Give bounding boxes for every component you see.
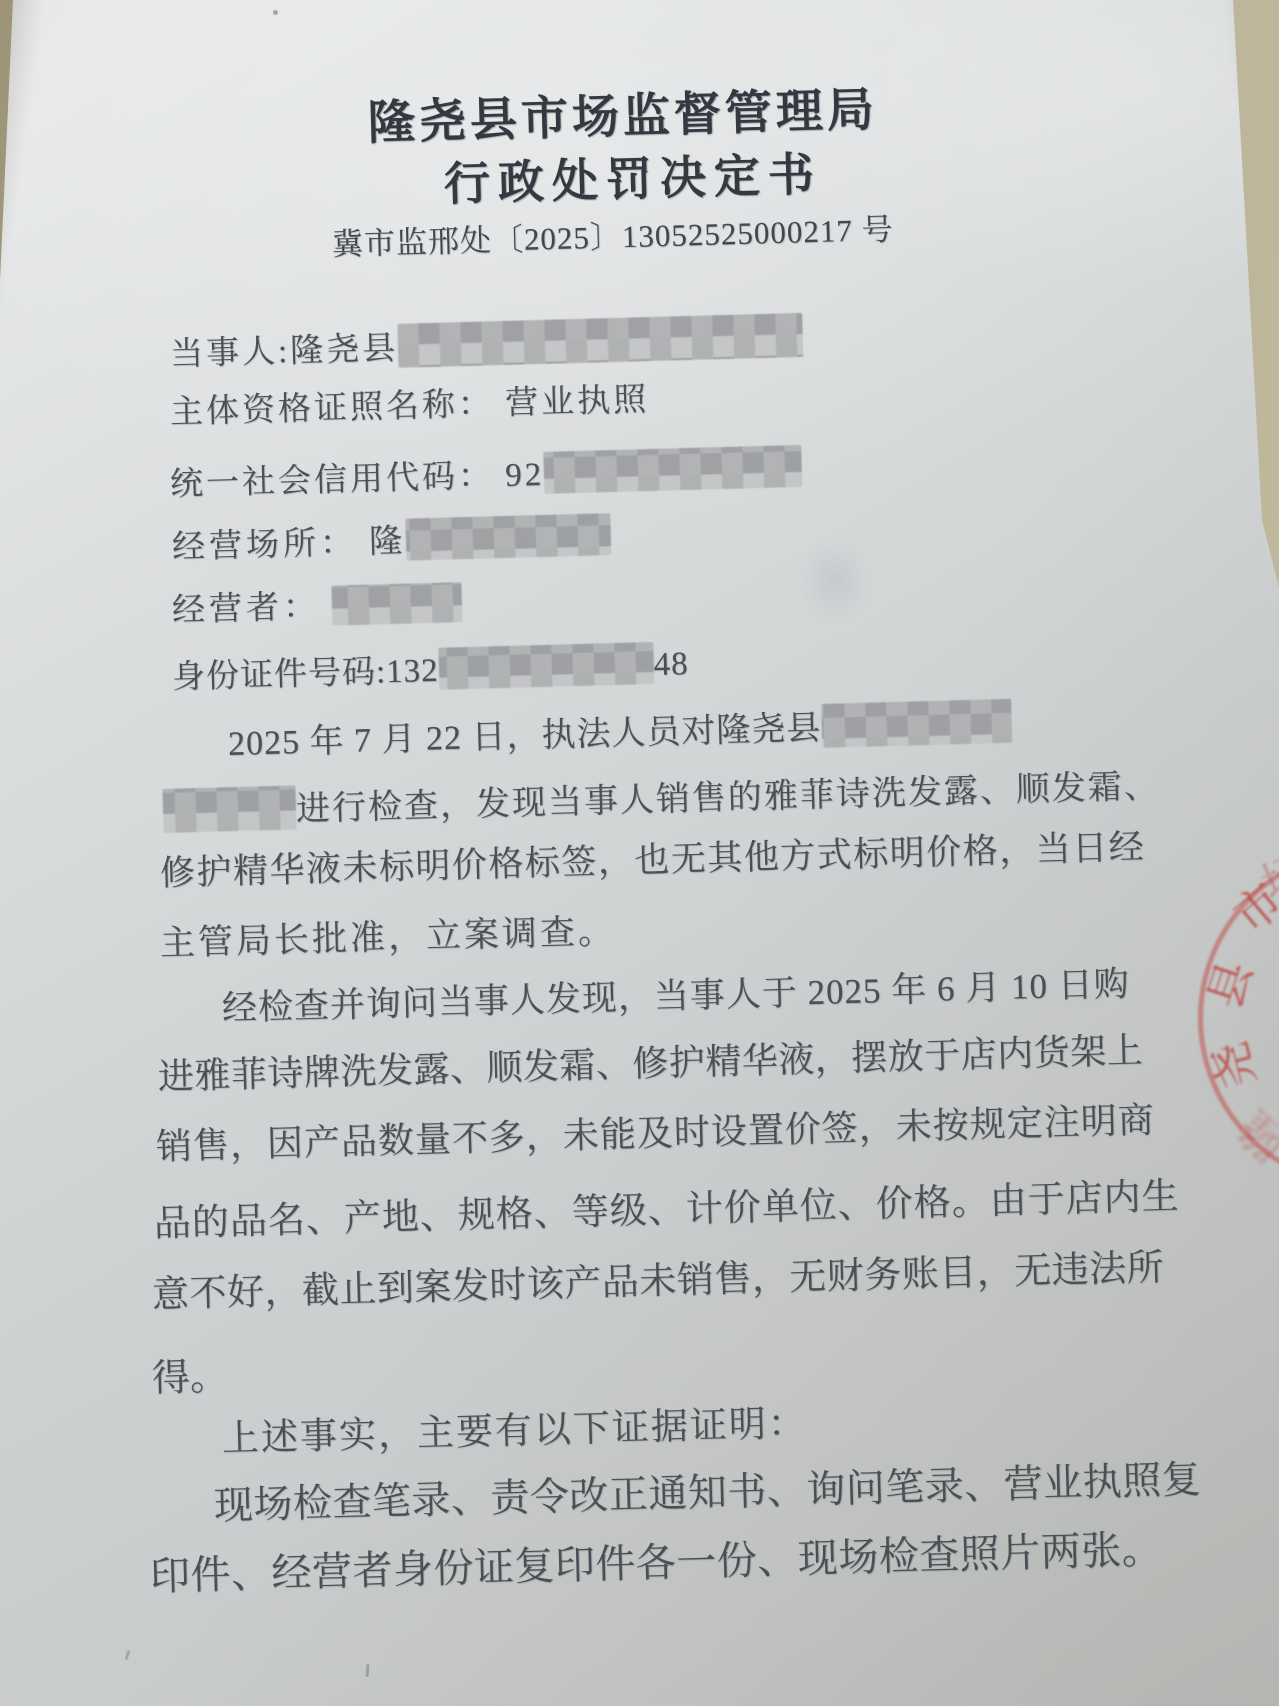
redaction-mosaic-party-name	[397, 313, 803, 368]
body-line-p2-1: 经检查并询问当事人发现，当事人于 2025 年 6 月 10 日购	[222, 966, 1131, 1027]
body-text: 2025 年 7 月 22 日，执法人员对隆尧县	[228, 710, 822, 763]
redaction-mosaic-credit-code	[544, 445, 803, 494]
agency-name: 隆尧县市场监督管理局	[367, 86, 878, 149]
id-number-line: 身份证件号码:13248	[171, 641, 689, 697]
paper-speck	[125, 1650, 131, 1660]
body-line-p2-2: 进雅菲诗牌洗发露、顺发霜、修护精华液，摆放于店内货架上	[157, 1032, 1143, 1096]
body-line-p1-2: 进行检查，发现当事人销售的雅菲诗洗发露、顺发霜、	[162, 762, 1160, 833]
credit-code-prefix: 统一社会信用代码： 92	[170, 457, 545, 503]
body-line-p1-1: 2025 年 7 月 22 日，执法人员对隆尧县	[227, 699, 1011, 764]
id-number-prefix: 身份证件号码:132	[172, 653, 440, 696]
evidence-list-line-1: 现场检查笔录、责令改正通知书、询问笔录、营业执照复	[213, 1460, 1201, 1528]
id-number-suffix: 48	[653, 646, 689, 683]
case-number: 冀市监邢处〔2025〕13052525000217 号	[332, 214, 894, 262]
evidence-intro-line: 上述事实，主要有以下证据证明：	[221, 1405, 807, 1460]
redaction-mosaic-premises-2	[162, 785, 296, 833]
body-line-p2-4: 品的品名、产地、规格、等级、计价单位、价格。由于店内生	[153, 1178, 1180, 1245]
body-line-p1-3: 修护精华液未标明价格标签，也无其他方式标明价格，当日经	[160, 829, 1146, 892]
business-site-line: 经营场所： 隆	[171, 513, 611, 567]
body-line-p2-5: 意不好，截止到案发时该产品未销售，无财务账目，无违法所	[151, 1250, 1164, 1316]
paper-speck	[273, 10, 278, 15]
paper-sheet: 隆尧县市场监督管理局 行政处罚决定书 冀市监邢处〔2025〕1305252500…	[0, 0, 1279, 1706]
body-line-p2-6: 得。	[151, 1358, 228, 1400]
paper-smudge	[800, 540, 870, 620]
operator-prefix: 经营者：	[172, 589, 333, 629]
party-line-prefix: 当事人:隆尧县	[170, 331, 399, 373]
redaction-mosaic-operator-name	[332, 582, 463, 626]
operator-line: 经营者：	[171, 582, 462, 630]
redaction-mosaic-business-site	[406, 513, 612, 561]
photo-of-document: { "document": { "header": { "agency": "隆…	[0, 0, 1279, 1706]
paper-speck	[366, 1664, 370, 1677]
redaction-mosaic-premises-1	[821, 699, 1012, 748]
license-line: 主体资格证照名称： 营业执照	[170, 383, 650, 431]
body-text: 进行检查，发现当事人销售的雅菲诗洗发露、顺发霜、	[296, 768, 1161, 828]
business-site-prefix: 经营场所： 隆	[172, 524, 407, 566]
body-line-p1-4: 主管局长批准，立案调查。	[160, 914, 617, 963]
credit-code-line: 统一社会信用代码： 92	[169, 445, 802, 504]
evidence-list-line-2: 印件、经营者身份证复印件各一份、现场检查照片两张。	[149, 1529, 1162, 1598]
body-line-p2-3: 销售，因产品数量不多，未能及时设置价签，未按规定注明商	[155, 1102, 1155, 1167]
party-line: 当事人:隆尧县	[169, 313, 803, 374]
document-type-title: 行政处罚决定书	[443, 151, 822, 210]
redaction-mosaic-id-number	[438, 642, 654, 690]
